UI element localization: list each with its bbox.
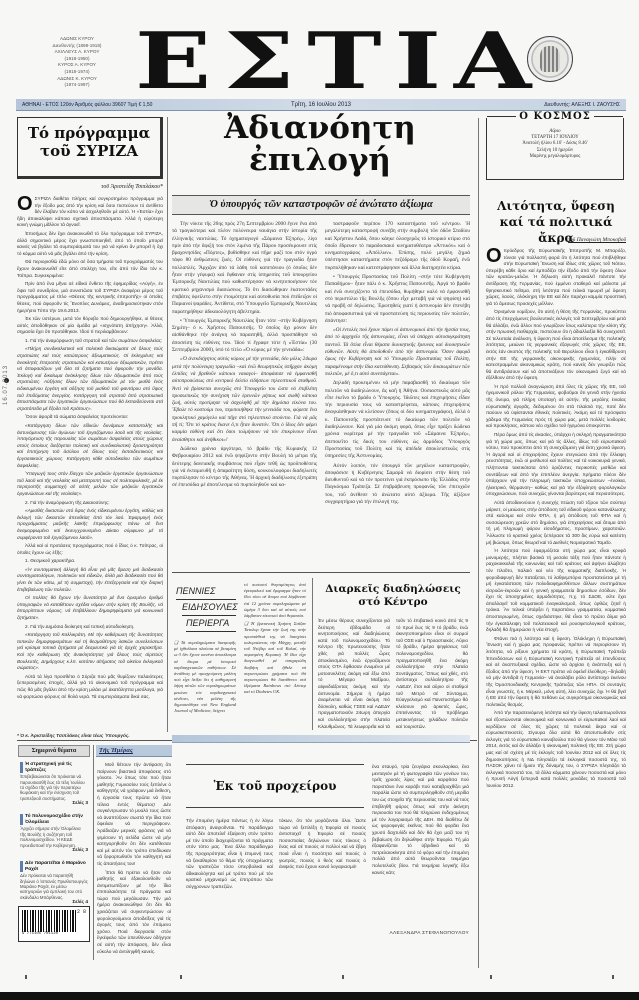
founder-line: ΑΔΩΝΙΣ ΚΥΡΟΥ	[42, 36, 112, 43]
column-divider	[478, 118, 479, 968]
quote-paragraph: «Ἡ συνταγματική ἀλλαγή θά εἶναι γιά μᾶς …	[17, 567, 163, 593]
paragraph: Ἔτσι θά πρέπει νά ἤταν σάν μαθητής καί ἐ…	[97, 870, 171, 956]
paragraph: Ἡ λιτότητα πού ἐφαρμόζεται στή χώρα μας …	[486, 548, 626, 634]
founder-line: Διευθυντής (1898-1918)	[42, 43, 112, 50]
paragraph: Ἐκ τῶν ὑστέρων, μετά τόν θόρυβο πού δημι…	[17, 316, 163, 336]
paragraph: Δώδεκα χρόνια ἀργότερα, τό βράδυ τῆς Κυρ…	[172, 446, 317, 490]
article-headline: Τό πρόγραμμα	[22, 124, 156, 142]
paragraph: Πρίν ἀπό ἕνα μῆνα σέ εἰδικό ἔνθετο τῆς ἐ…	[17, 281, 163, 314]
editorial-headline[interactable]: Ἐκ τοῦ προχείρου	[186, 764, 364, 808]
right-article-body: Οπρόεδρος τῆς Εὐρωπαϊκῆς Ἐπιτροπῆς Μ. Μπ…	[486, 248, 626, 963]
paragraph: Ἀλλά καί οἱ προτάσεις προγράμματος πού ὁ…	[17, 543, 163, 556]
issue-code: 2 8	[77, 909, 86, 915]
paragraph: Αὐτά ἀποδεικνύουν ἡ συνεχής πτώση τοῦ τζ…	[486, 500, 626, 546]
main-headline[interactable]: Ἀδιανόητη ἐπιλογή	[175, 112, 465, 176]
barcode-number: 9 771105 701120	[22, 932, 86, 936]
sidebar-item[interactable]: Δέν παραιτεῖται ὁ Μαριάνο Ραχόϊ Δέν πρόκ…	[20, 861, 88, 905]
world-label-text: Ο ΚΟΣΜΟΣ	[519, 111, 591, 122]
pennies-item: ❑ Τά συμπληρώματα διατροφῆς μέ ἰχθυέλαια…	[174, 640, 236, 726]
pennies-column-2: τό ποσοστό θνησιμότητος ἀπό ἐγκεφαλικό κ…	[244, 582, 306, 726]
sidebar-item-text: Ἐπιβεβαιώνεται ὅτι πρόκειται νά παρουσια…	[20, 774, 88, 801]
paragraph: Ἡ πρό πολλοῦ ἀναγνώριση ἀπό ὅλες τίς χῶρ…	[486, 384, 626, 430]
fold-mark	[490, 975, 492, 979]
quote-paragraph: «Αμισθές δικαστών στό ὕψος ἑνός εἰδικευμ…	[17, 508, 163, 541]
of-the-day-body: Μοῦ θέτουν τήν ἀντίφαση ὅτι παίρνουν βια…	[97, 762, 171, 957]
fold-mark	[342, 975, 344, 979]
editorial-column-3: ἕνα σταυρό, τρία ζευγάρια σκουλαρίκια, ἕ…	[372, 764, 469, 924]
sidebar-item-title: Τό πολυνομοσχέδιο στήν Ὁλομέλεια	[20, 814, 88, 825]
paragraph: Ἐπισήμως δέν ἔχει ἀνακοινωθεῖ τό ὅλο πρό…	[17, 231, 163, 257]
article-body: ΟΣΥΡΙΖΑ διαθέτει πλήρες καί συγκροτημένο…	[17, 196, 163, 731]
main-article-column-1: Τήν νύκτα τῆς 26ης πρός 27η Σεπτεμβρίου …	[172, 221, 317, 551]
dropcap: Ο	[486, 248, 502, 264]
issue-date: Τρίτη, 16 Ιουλίου 2013	[221, 102, 420, 108]
fold-mark	[612, 975, 614, 979]
editor-info: Διευθυντής: ΑΛΕΞΗΣ Ι. ΖΑΟΥΣΗΣ	[421, 102, 620, 108]
sidebar-item-page: Σελίς 4	[20, 900, 88, 905]
sidebar-title: Σημερινά θέματα	[18, 745, 90, 757]
sidebar-item-page: Σελίς 3	[20, 848, 88, 853]
editorial-column-2: τόκων, ὅτι τόν μοράζονται ὅλοι. Ὥστε τώρ…	[279, 818, 366, 958]
quote-paragraph: «Κατάργηση τοῦ Καλλικράτη. Μέ τήν καθιέρ…	[17, 632, 163, 672]
sidebar-item-page: Σελίς 3	[20, 801, 88, 806]
sidebar-today-topics: Ἡ στρατηγική γιά τίς τράπεζες Ἐπιβεβαιών…	[20, 762, 88, 913]
column-label-of-the-day: Τῆς Ἡμέρας	[96, 745, 172, 757]
paragraph: 2. Γιά τήν Δημόσια διοίκηση καί τοπική α…	[17, 624, 163, 631]
column-divider	[167, 117, 168, 732]
quote-paragraph: «Ὁ ἀνεκδιήγητος αὐτός κύριος μέ τήν γενε…	[172, 356, 317, 444]
pennies-item: τό ποσοστό θνησιμότητος ἀπό ἐγκεφαλικό κ…	[244, 582, 306, 619]
paragraph: Φτάνει πιά ἡ λιτότητα καί ἡ ὕφεση. Ὁλόκλ…	[486, 636, 626, 709]
pennies-logo-line: ΕΙΔΗΣΟΥΛΕΣ	[182, 600, 236, 616]
main-article-column-2: ταστραφοῦν περίπου 170 καταστήματα τοῦ κ…	[325, 221, 470, 551]
paragraph: Θά περιορισθῶ ἐδῶ μόνο σέ ὅσα τμήματα το…	[17, 259, 163, 279]
decorative-band	[172, 735, 470, 743]
editorial-body: Τήν ἑπομένη ἡμέρα πάντως ἡ ἐν λόγω ἀπόφα…	[186, 818, 366, 958]
article-byline: τοῦ Ἀριστείδη Τσιπλάκου*	[17, 184, 163, 190]
sidebar-item-title: Δέν παραιτεῖται ὁ Μαριάνο Ραχόϊ	[20, 861, 88, 872]
quote-paragraph: Οἱ πολίτες θά ἔχουν τήν δυνατότητα μέ ἕν…	[17, 595, 163, 621]
quote-paragraph: «Οἱ ἐντολές πού ἔχουν πάρει οἱ ἀστυνομικ…	[325, 327, 470, 378]
main-headline-line: ἐπιλογή	[175, 144, 465, 176]
fold-mark	[180, 975, 182, 979]
column-divider	[312, 578, 313, 730]
main-headline-line: Ἀδιανόητη	[175, 112, 465, 144]
quote-paragraph: Ὑπαγωγή τους στόν ἔλεγχο τῶν μαζικῶν ἐργ…	[17, 471, 163, 497]
sidebar-item[interactable]: Ἡ στρατηγική γιά τίς τράπεζες Ἐπιβεβαιών…	[20, 762, 88, 806]
footnote: * Ὁ κ. Ἀριστείδης Τσιπλάκος εἶναι τέως Ὑ…	[17, 733, 163, 740]
paragraph: Ὁρισμένοι νομίζουν, ὅτι αὐτή ἡ θέση τῆς …	[486, 309, 626, 382]
editorial-author: ΑΛΕΞΑΝΔΡΑ ΣΤΕΦΑΝΟΠΟΥΛΟΥ	[372, 931, 469, 936]
founder-line: ΚΥΡΟΣ Α. ΚΥΡΟΥ	[42, 62, 112, 69]
scan-border	[0, 992, 639, 1000]
main-subheadline: Ὁ ὑπουργός τῶν καταστροφῶν σέ ἀνώτατο ἀξ…	[172, 195, 470, 215]
pennies-logo-line: ΠΕΝΝΙΕΣ	[176, 584, 236, 600]
pennies-news-box[interactable]: ΠΕΝΝΙΕΣ ΕΙΔΗΣΟΥΛΕΣ ΠΕΡΙΕΡΓΑ ❑ Τά συμπληρ…	[170, 578, 308, 728]
article-headline-box: Τό πρόγραμμα τοῦ ΣΥΡΙΖΑ	[17, 117, 163, 179]
editorial-column-1: Τήν ἑπομένη ἡμέρα πάντως ἡ ἐν λόγω ἀπόφα…	[186, 818, 273, 958]
paragraph: Τήν νύκτα τῆς 26ης πρός 27η Σεπτεμβρίου …	[172, 221, 317, 316]
newspaper-front-page: ΑΔΩΝΙΣ ΚΥΡΟΥ Διευθυντής (1898-1918) ΑΧΙΛ…	[0, 0, 639, 1000]
article-syriza-program[interactable]: Τό πρόγραμμα τοῦ ΣΥΡΙΖΑ τοῦ Ἀριστείδη Τσ…	[17, 117, 163, 732]
founder-line: (1918-1974)	[42, 69, 112, 76]
demonstrations-column-2: τοῦν τό ἐπιβατικό κοινό ἀπό τίς 9 τό πρω…	[396, 618, 468, 730]
founder-line: (1974-1997)	[42, 82, 112, 89]
sidebar-item-text: Ἄρχιζει σήμερα στήν Ὁλομέλεια τῆς Βουλῆς…	[20, 826, 88, 848]
headline-line: στό Κέντρο	[318, 596, 468, 609]
world-info: Αὔριο ΤΕΤΑΡΤΗ 17 ΙΟΥΛΙΟΥ Ἀνατολή ἡλίου 6…	[487, 129, 623, 160]
paragraph: • Ὑπουργός Ἐμπορικῆς Ναυτιλίας ἦταν τότε…	[172, 318, 317, 354]
founders-list: ΑΔΩΝΙΣ ΚΥΡΟΥ Διευθυντής (1898-1918) ΑΧΙΛ…	[42, 36, 112, 89]
demonstrations-column-1: Ἐν μέσω θέρους συνεχίζονται γιά δεύτερη …	[318, 618, 390, 730]
paragraph: • Ὑπουργός Προστασίας τοῦ Πολίτη –στήν τ…	[325, 274, 470, 325]
pennies-logo-line: ΠΕΡΙΕΡΓΑ	[186, 616, 236, 632]
paragraph: 2. Γιά τήν ἀναμόρφωση τῆς Δικαιοσύνης:	[17, 500, 163, 507]
paragraph: 1. Θεσμικοῦ χαρακτῆρα.	[17, 558, 163, 565]
masthead-logo: ΕΣΤΙΑ	[135, 26, 455, 98]
paragraph: Δηλαδή προκειμένου νά μήν παραβιασθῆ τό …	[325, 380, 470, 460]
demonstrations-headline[interactable]: Διαρκεῖς διαδηλώσεις στό Κέντρο	[318, 583, 468, 609]
world-label: Ο ΚΟΣΜΟΣ	[487, 111, 623, 122]
founder-line: (1918-1950)	[42, 56, 112, 63]
paragraph: Αὐτόν λοιπόν, τόν ὑπουργό τῶν μεγάλων κα…	[325, 463, 470, 507]
barcode-bars-icon	[22, 910, 76, 932]
quote-paragraph: «Κατάργηση ὅλων τῶν εἰδικῶν δυνάμεων κατ…	[17, 423, 163, 469]
paragraph: 1. Γιά τήν ἀναμόρφωση τοῦ στρατοῦ καί τῶ…	[17, 338, 163, 345]
section-divider	[172, 572, 470, 573]
paragraph: Ὅσον ἀφορᾶ τά σώματα ἀσφαλείας προτείνον…	[17, 414, 163, 421]
main-article-body: Τήν νύκτα τῆς 26ης πρός 27η Σεπτεμβρίου …	[172, 221, 470, 551]
founder-line: ΑΔΩΝΙΣ Κ. ΚΥΡΟΥ	[42, 76, 112, 83]
paragraph: Αὐτά τά λίγα προσθέτει ὁ Σύριζα πού μᾶς …	[17, 674, 163, 700]
sidebar-item-title: Ἡ στρατηγική γιά τίς τράπεζες	[20, 762, 88, 773]
seal-emblem-icon	[527, 36, 573, 82]
paragraph: πρόεδρος τῆς Εὐρωπαϊκῆς Ἐπιτροπῆς Μ. Μπα…	[486, 248, 626, 306]
fold-mark	[25, 975, 27, 979]
quote-paragraph: «Πλήρη συνδικαλιστικά καί πολιτικά δικαι…	[17, 346, 163, 412]
paragraph: Ἀπό τήν παρατεινόμενη λιτότητα καί τήν ὕ…	[486, 710, 626, 789]
paragraph: ΣΥΡΙΖΑ διαθέτει πλήρες καί συγκροτημένο …	[17, 196, 163, 227]
right-article-byline: τοῦ Παναγιώτη Μποκοβοῦ	[486, 237, 626, 243]
article-headline: τοῦ ΣΥΡΙΖΑ	[22, 142, 156, 160]
pennies-logo: ΠΕΝΝΙΕΣ ΕΙΔΗΣΟΥΛΕΣ ΠΕΡΙΕΡΓΑ	[176, 584, 236, 632]
vertical-date: 16.07.2013	[3, 365, 9, 405]
paragraph: Μοῦ θέτουν τήν ἀντίφαση ὅτι παίρνουν βια…	[97, 762, 171, 868]
headline-line: Λιτότητα, ὕφεση	[486, 198, 626, 214]
sidebar-item-text: Δέν πρόκειται νά παραιτηθῆ δηλώνει ὁ Ἱσπ…	[20, 873, 88, 900]
issue-info: ΑΘΗΝΑΙ - ΕΤΟΣ 120όν Άριθμός φύλλου 39607…	[22, 102, 221, 108]
barcode: 9 771105 701120 2 8	[18, 906, 90, 942]
world-weather-box: Ο ΚΟΣΜΟΣ Αὔριο ΤΕΤΑΡΤΗ 17 ΙΟΥΛΙΟΥ Ἀνατολ…	[486, 118, 624, 180]
pennies-item: ❑ Ἡ βρετανική Χρήστη Σαϊζαν Τατυλορ ἔχασ…	[244, 621, 306, 695]
sidebar-item[interactable]: Τό πολυνομοσχέδιο στήν Ὁλομέλεια Ἄρχιζει…	[20, 814, 88, 853]
paragraph: ταστραφοῦν περίπου 170 καταστήματα τοῦ κ…	[325, 221, 470, 272]
world-info-line: Μαρίνης μεγαλομάρτυρος	[487, 154, 623, 160]
dropcap: Ο	[17, 196, 33, 212]
headline-line: Διαρκεῖς διαδηλώσεις	[318, 583, 468, 596]
paragraph: Πέρα ὅμως ἀπό τίς εἰκασίες, ὑπάρχει ἡ σκ…	[486, 432, 626, 498]
demonstrations-body: Ἐν μέσω θέρους συνεχίζονται γιά δεύτερη …	[318, 618, 468, 730]
column-divider	[93, 745, 94, 960]
founder-line: ΑΧΙΛΛΕΥΣ Α. ΚΥΡΟΥ	[42, 49, 112, 56]
